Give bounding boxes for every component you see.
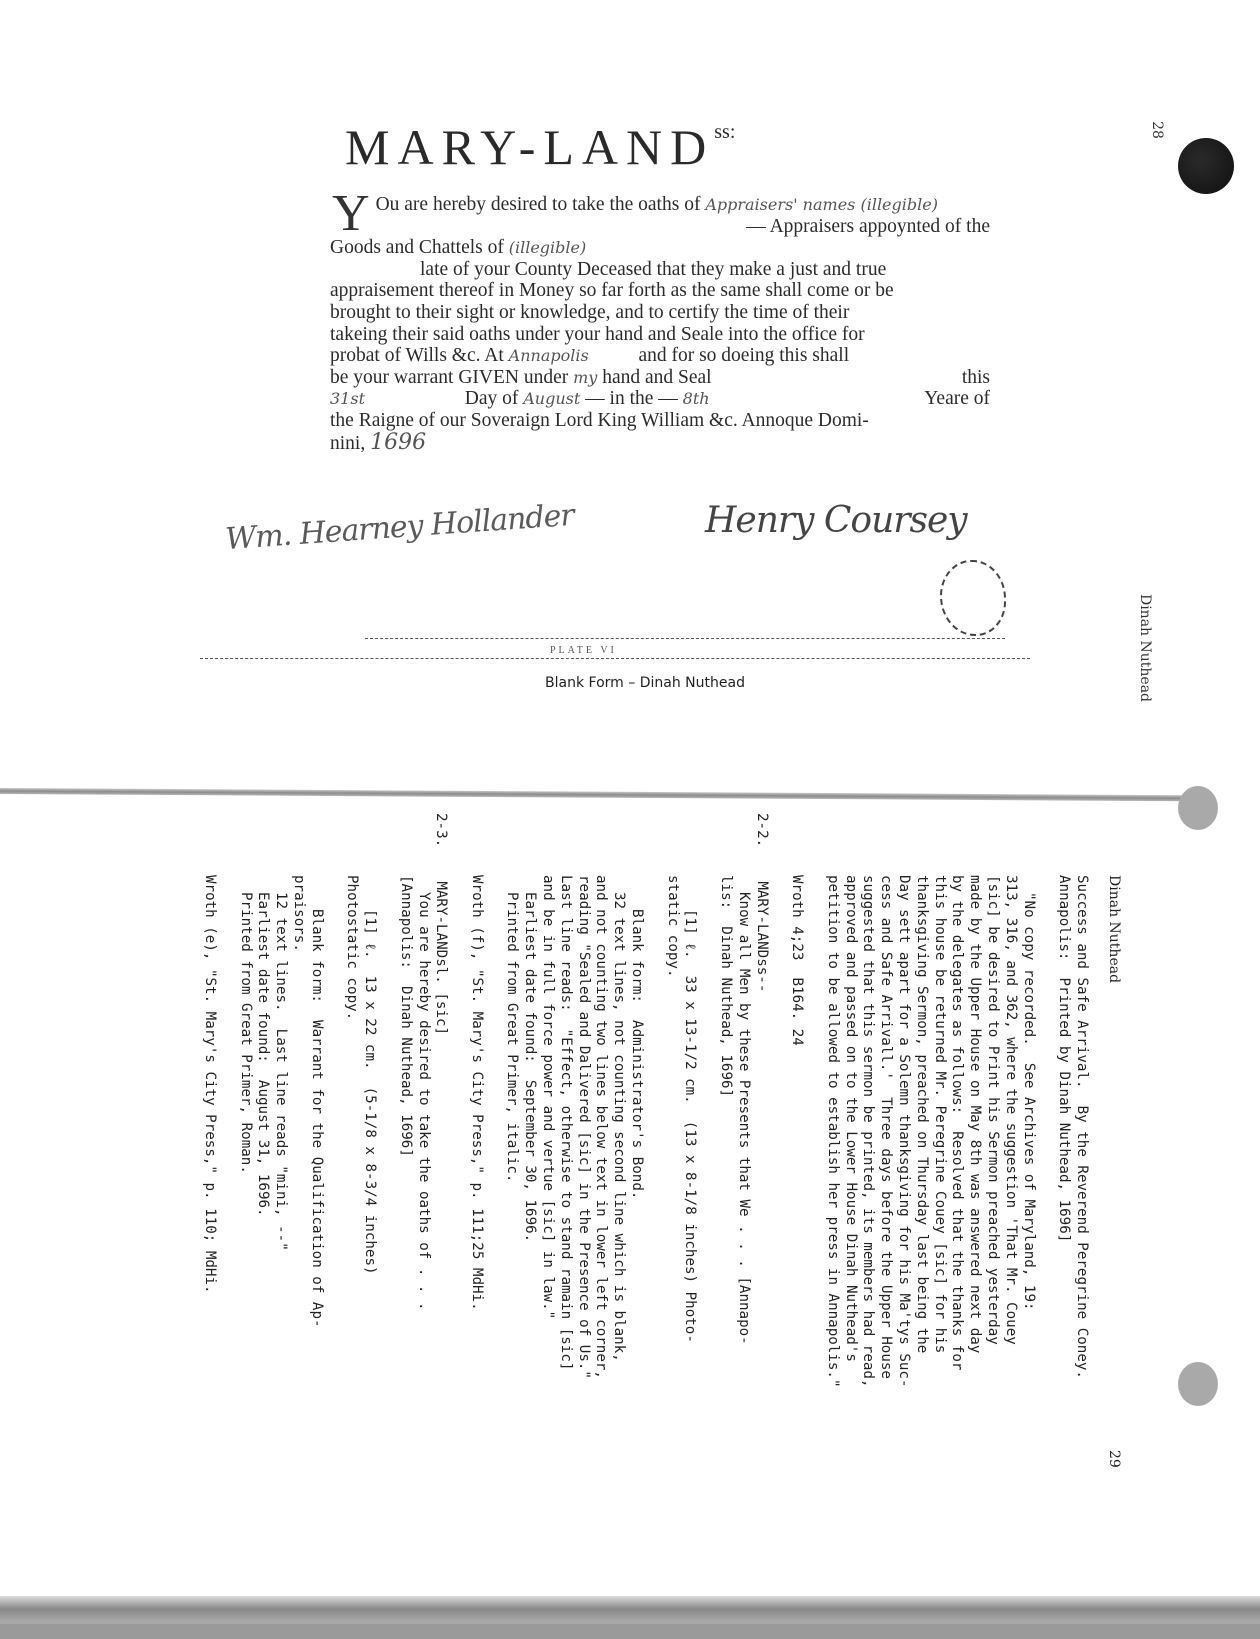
text-line: Last line reads: "Effect, otherwise to s… [556, 875, 574, 1435]
text-line [485, 875, 503, 1435]
text-line: Wroth (f), "St. Mary's City Press," p. 1… [467, 875, 485, 1435]
form-line: late of your County Deceased that they m… [330, 259, 990, 281]
form-line: Goods and Chattels of (illegible) [330, 237, 990, 259]
binder-hole-icon [1178, 786, 1218, 830]
text-line: 32 text lines, not counting second line … [609, 875, 627, 1435]
form-text: — in the — [585, 388, 678, 409]
text-line: lis: Dinah Nuthead, 1696] [716, 875, 734, 1435]
handwritten-day: 31st [330, 389, 365, 408]
text-line: 2-2. MARY-LANDss-- [752, 813, 770, 1435]
text-line: approved and passed on to the Lower Hous… [841, 875, 859, 1435]
form-line: — Appraisers appoynted of the [330, 216, 990, 238]
text-line [698, 875, 716, 1435]
text-line: 313, 316, and 362, where the suggestion … [1001, 875, 1019, 1435]
page-number: 28 [1149, 121, 1165, 139]
handwritten-month: August [523, 389, 580, 408]
binder-hole-icon [1178, 138, 1234, 194]
bibliographic-entries: Success and Safe Arrival. By the Reveren… [200, 875, 1090, 1435]
form-line: Y Ou are hereby desired to take the oath… [330, 194, 990, 216]
form-border-line [365, 638, 1005, 639]
text-line: Photostatic copy. [343, 875, 361, 1435]
form-line: takeing their said oaths under your hand… [330, 324, 990, 346]
running-head: Dinah Nuthead [1104, 875, 1122, 983]
text-line: made by the Upper House on May 8th was a… [965, 875, 983, 1435]
text-line: Know all Men by these Presents that We .… [734, 875, 752, 1435]
text-line: Printed from Great Primer, Roman. [236, 875, 254, 1435]
form-line: brought to their sight or knowledge, and… [330, 302, 990, 324]
running-head: Dinah Nuthead [1137, 573, 1153, 723]
text-line: thanksgiving Sermon, preached on Thursda… [912, 875, 930, 1435]
form-line: the Raigne of our Soveraign Lord King Wi… [330, 410, 990, 432]
text-line: Printed from Great Primer, italic. [503, 875, 521, 1435]
text-line: 2-3. MARY-LANDsl. [sic] [432, 813, 450, 1435]
form-text: and for so doeing this shall [638, 345, 849, 366]
form-text: takeing their said oaths under your hand… [330, 324, 865, 345]
text-line: [1] ℓ. 13 x 22 cm. (5-1/8 x 8-3/4 inches… [360, 875, 378, 1435]
form-text: be your warrant GIVEN under [330, 367, 568, 388]
text-line: this house be returned Mr. Peregrine Cou… [930, 875, 948, 1435]
text-line: reading "Sealed and Dalivered [sic] in t… [574, 875, 592, 1435]
text-line: [sic] be desired to Print his Sermon pre… [983, 875, 1001, 1435]
form-text: this [962, 367, 990, 389]
form-line: nini, 1696 [330, 432, 990, 454]
form-text: nini, [330, 433, 365, 454]
plate-rule [200, 658, 1030, 659]
text-line: Blank form: Administrator's Bond. [627, 875, 645, 1435]
form-line: be your warrant GIVEN under my hand and … [330, 367, 990, 389]
form-text: Ou are hereby desired to take the oaths … [376, 194, 701, 215]
text-line: Success and Safe Arrival. By the Reveren… [1072, 875, 1090, 1435]
signature-left: Wm. Hearney Hollander [224, 498, 575, 557]
form-text: hand and Seal [602, 367, 711, 388]
text-line: cess and Safe Arrivall.' Three days befo… [876, 875, 894, 1435]
text-line [378, 875, 396, 1435]
text-line: Wroth (e), "St. Mary's City Press," p. 1… [200, 875, 218, 1435]
form-text: brought to their sight or knowledge, and… [330, 302, 849, 323]
form-text: appraisement thereof in Money so far for… [330, 280, 894, 301]
text-line: praisors. [289, 875, 307, 1435]
text-line: "No copy recorded. See Archives of Maryl… [1019, 875, 1037, 1435]
scan-edge [0, 1596, 1260, 1639]
text-line: and be in full force power and vertue [s… [538, 875, 556, 1435]
figure-caption: Blank Form – Dinah Nuthead [0, 675, 1260, 691]
form-line: 31st Day of August — in the — 8th Yeare … [330, 388, 990, 410]
form-text: Day of [465, 388, 519, 409]
text-line [1037, 875, 1055, 1435]
page-28: 28 Dinah Nuthead MARY-LANDss: Y Ou are h… [0, 0, 1260, 790]
handwritten-place: Annapolis [509, 346, 589, 365]
page-number: 29 [1104, 1450, 1122, 1455]
signature-right: Henry Coursey [705, 500, 967, 541]
form-line: appraisement thereof in Money so far for… [330, 280, 990, 302]
form-text: late of your County Deceased that they m… [420, 259, 886, 280]
form-title-suffix: ss: [714, 121, 735, 143]
text-line: [1] ℓ. 33 x 13-1/2 cm. (13 x 8-1/8 inche… [681, 875, 699, 1435]
text-line: suggested that this sermon be printed, i… [859, 875, 877, 1435]
text-line: Annapolis: Printed by Dinah Nuthead, 169… [1054, 875, 1072, 1435]
text-line [645, 875, 663, 1435]
plate-blank-form: MARY-LANDss: Y Ou are hereby desired to … [205, 110, 1085, 700]
text-line: Earliest date found: September 30, 1696. [521, 875, 539, 1435]
form-line: probat of Wills &c. At Annapolis and for… [330, 345, 990, 367]
text-line [449, 875, 467, 1435]
page-29: Dinah Nuthead 29 Success and Safe Arriva… [90, 875, 1090, 1415]
text-line [325, 875, 343, 1435]
form-text: — Appraisers appoynted of the [746, 216, 990, 237]
text-line: and not counting two lines below text in… [592, 875, 610, 1435]
text-line: [Annapolis: Dinah Nuthead, 1696] [396, 875, 414, 1435]
handwritten-deceased: (illegible) [509, 238, 587, 257]
handwritten-my: my [573, 368, 597, 387]
form-title: MARY-LANDss: [345, 118, 735, 176]
text-line: by the delegates as follows: Resolved th… [948, 875, 966, 1435]
handwritten-year: 1696 [370, 430, 426, 455]
plate-label: PLATE VI [550, 645, 617, 656]
form-text: Goods and Chattels of [330, 237, 504, 258]
text-line: static copy. [663, 875, 681, 1435]
text-line [770, 875, 788, 1435]
drop-cap: Y [332, 192, 370, 236]
seal-icon [940, 560, 1006, 636]
binder-hole-icon [1178, 1362, 1218, 1406]
form-text: Yeare of [924, 388, 990, 410]
form-text: probat of Wills &c. At [330, 345, 504, 366]
text-line: You are hereby desired to take the oaths… [414, 875, 432, 1435]
form-body: Y Ou are hereby desired to take the oath… [330, 194, 990, 453]
text-line [805, 875, 823, 1435]
text-line: 12 text lines. Last line reads "mini, --… [271, 875, 289, 1435]
form-title-text: MARY-LAND [345, 119, 714, 175]
text-line: Blank form: Warrant for the Qualificatio… [307, 875, 325, 1435]
text-line [218, 875, 236, 1435]
form-text: the Raigne of our Soveraign Lord King Wi… [330, 410, 869, 431]
text-line: Day sett apart for a Solemn thanksgiving… [894, 875, 912, 1435]
text-line: petition to be allowed to establish her … [823, 875, 841, 1435]
text-line: Wroth 4;23 B164. 24 [787, 875, 805, 1435]
text-line: Earliest date found: August 31, 1696. [254, 875, 272, 1435]
handwritten-regnal-year: 8th [683, 389, 710, 408]
handwritten-names: Appraisers' names (illegible) [705, 195, 938, 214]
